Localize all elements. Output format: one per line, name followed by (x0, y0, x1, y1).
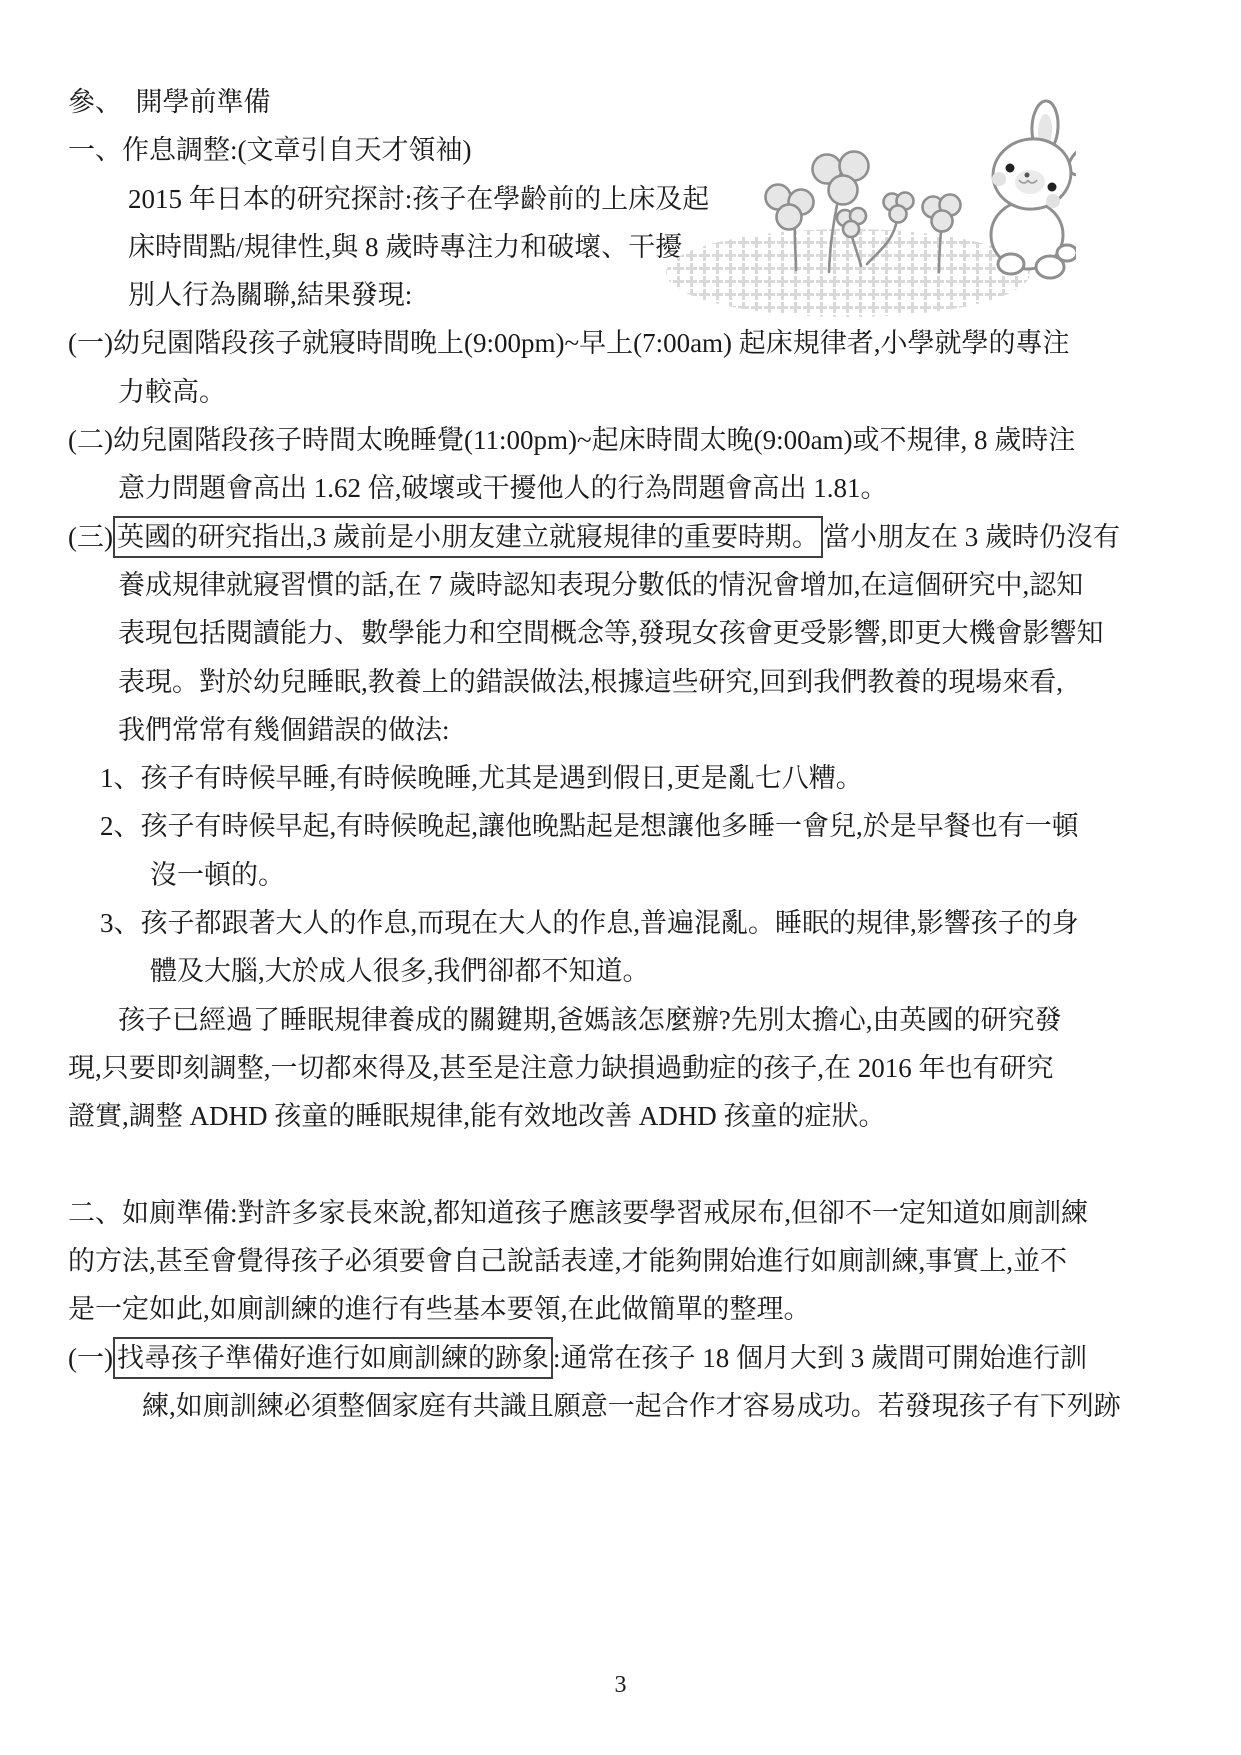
text-line: 現,只要即刻調整,一切都來得及,甚至是注意力缺損過動症的孩子,在 2016 年也… (68, 1044, 1181, 1092)
text-line: 我們常常有幾個錯誤的做法: (118, 706, 1181, 754)
text-line: (一)幼兒園階段孩子就寢時間晚上(9:00pm)~早上(7:00am) 起床規律… (68, 319, 1181, 367)
list-marker: (三) (68, 522, 113, 552)
page-number: 3 (0, 1672, 1241, 1699)
document-page: 參、 開學前準備 一、作息調整:(文章引自天才領袖) 2015 年日本的研究探討… (0, 0, 1241, 1755)
clover-flowers (766, 152, 961, 238)
text-line: 表現。對於幼兒睡眠,教養上的錯誤做法,根據這些研究,回到我們教養的現場來看, (118, 658, 1181, 706)
rabbit (989, 100, 1076, 278)
text-line: 3、孩子都跟著大人的作息,而現在大人的作息,普遍混亂。睡眠的規律,影響孩子的身 (100, 899, 1181, 947)
text-line: 2、孩子有時候早起,有時候晚起,讓他晚點起是想讓他多睡一會兒,於是早餐也有一頓 (100, 802, 1181, 850)
text-line: (二)幼兒園階段孩子時間太晚睡覺(11:00pm)~起床時間太晚(9:00am)… (68, 416, 1181, 464)
highlight-box: 找尋孩子準備好進行如廁訓練的跡象 (113, 1337, 553, 1379)
text-segment: :通常在孩子 18 個月大到 3 歲間可開始進行訓 (553, 1343, 1087, 1373)
text-line: 表現包括閱讀能力、數學能力和空間概念等,發現女孩會更受影響,即更大機會影響知 (118, 609, 1181, 657)
rabbit-clover-illustration (646, 80, 1076, 325)
subsection-heading: 二、如廁準備:對許多家長來說,都知道孩子應該要學習戒尿布,但卻不一定知道如廁訓練 (68, 1189, 1181, 1237)
text-line: 孩子已經過了睡眠規律養成的關鍵期,爸媽該怎麼辦?先別太擔心,由英國的研究發 (118, 996, 1181, 1044)
ground-oval (666, 229, 1030, 317)
text-segment: 當小朋友在 3 歲時仍沒有 (823, 522, 1120, 552)
text-line: 養成規律就寢習慣的話,在 7 歲時認知表現分數低的情況會增加,在這個研究中,認知 (118, 561, 1181, 609)
text-line: 的方法,甚至會覺得孩子必須要會自己說話表達,才能夠開始進行如廁訓練,事實上,並不 (68, 1237, 1181, 1285)
text-line: 是一定如此,如廁訓練的進行有些基本要領,在此做簡單的整理。 (68, 1285, 1181, 1333)
text-line: 力較高。 (118, 368, 1181, 416)
list-marker: (一) (68, 1343, 113, 1373)
highlight-box: 英國的研究指出,3 歲前是小朋友建立就寢規律的重要時期。 (113, 516, 823, 558)
text-line: (一)找尋孩子準備好進行如廁訓練的跡象:通常在孩子 18 個月大到 3 歲間可開… (68, 1334, 1181, 1382)
text-line: 1、孩子有時候早睡,有時候晚睡,尤其是遇到假日,更是亂七八糟。 (100, 754, 1181, 802)
text-line: 沒一頓的。 (150, 851, 1181, 899)
text-line: 證實,調整 ADHD 孩童的睡眠規律,能有效地改善 ADHD 孩童的症狀。 (68, 1092, 1181, 1140)
text-line: 練,如廁訓練必須整個家庭有共識且願意一起合作才容易成功。若發現孩子有下列跡 (142, 1382, 1181, 1430)
text-line: 體及大腦,大於成人很多,我們卻都不知道。 (150, 947, 1181, 995)
text-line: (三)英國的研究指出,3 歲前是小朋友建立就寢規律的重要時期。當小朋友在 3 歲… (68, 513, 1181, 561)
text-line: 意力問題會高出 1.62 倍,破壞或干擾他人的行為問題會高出 1.81。 (118, 464, 1181, 512)
